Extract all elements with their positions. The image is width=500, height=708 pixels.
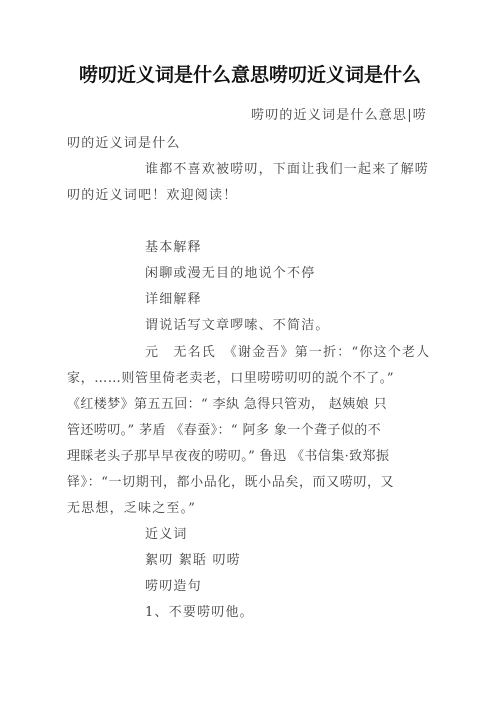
quote-line-3: 《红楼梦》第五五回：“ 李紈 急得只管劝， 赵姨娘 只 bbox=[67, 397, 387, 413]
basic-heading: 基本解释 bbox=[145, 240, 202, 256]
quote-line-5: 理睬老头子那早早夜夜的唠叨。” 鲁迅 《书信集·致郑振 bbox=[67, 449, 389, 465]
detail-text: 谓说话写文章啰嗦、不简洁。 bbox=[145, 318, 330, 334]
document-title: 唠叨近义词是什么意思唠叨近义词是什么 bbox=[0, 60, 500, 87]
quote-line-7: 无思想，乏味之至。” bbox=[67, 501, 196, 517]
subtitle-line-2: 叨的近义词是什么 bbox=[67, 136, 181, 152]
quote-line-6: 铎》：“一切期刊，都小品化，既小品矣，而又唠叨，又 bbox=[67, 475, 394, 491]
quote-line-2: 家，……则管里倚老卖老，口里唠唠叨叨的説个不了。” bbox=[67, 371, 394, 387]
synonyms-text: 絮叨 絮聒 叨唠 bbox=[145, 553, 241, 569]
sentences-heading: 唠叨造句 bbox=[145, 579, 202, 595]
detail-heading: 详细解释 bbox=[145, 292, 202, 308]
intro-line-2: 叨的近义词吧！欢迎阅读！ bbox=[67, 188, 237, 204]
subtitle-line-1: 唠叨的近义词是什么意思|唠 bbox=[251, 108, 427, 124]
quote-line-1: 元 无名氏 《谢金吾》第一折：“你这个老人 bbox=[145, 345, 430, 361]
basic-text: 闲聊或漫无目的地说个不停 bbox=[145, 266, 315, 282]
synonyms-heading: 近义词 bbox=[145, 527, 188, 543]
quote-line-4: 管还唠叨。” 茅盾 《春蚕》：“ 阿多 象一个聋子似的不 bbox=[67, 423, 381, 439]
document-page: 唠叨近义词是什么意思唠叨近义词是什么 唠叨的近义词是什么意思|唠 叨的近义词是什… bbox=[0, 0, 500, 708]
intro-line-1: 谁都不喜欢被唠叨，下面让我们一起来了解唠 bbox=[145, 162, 429, 178]
sentence-1: 1、不要唠叨他。 bbox=[145, 605, 254, 621]
